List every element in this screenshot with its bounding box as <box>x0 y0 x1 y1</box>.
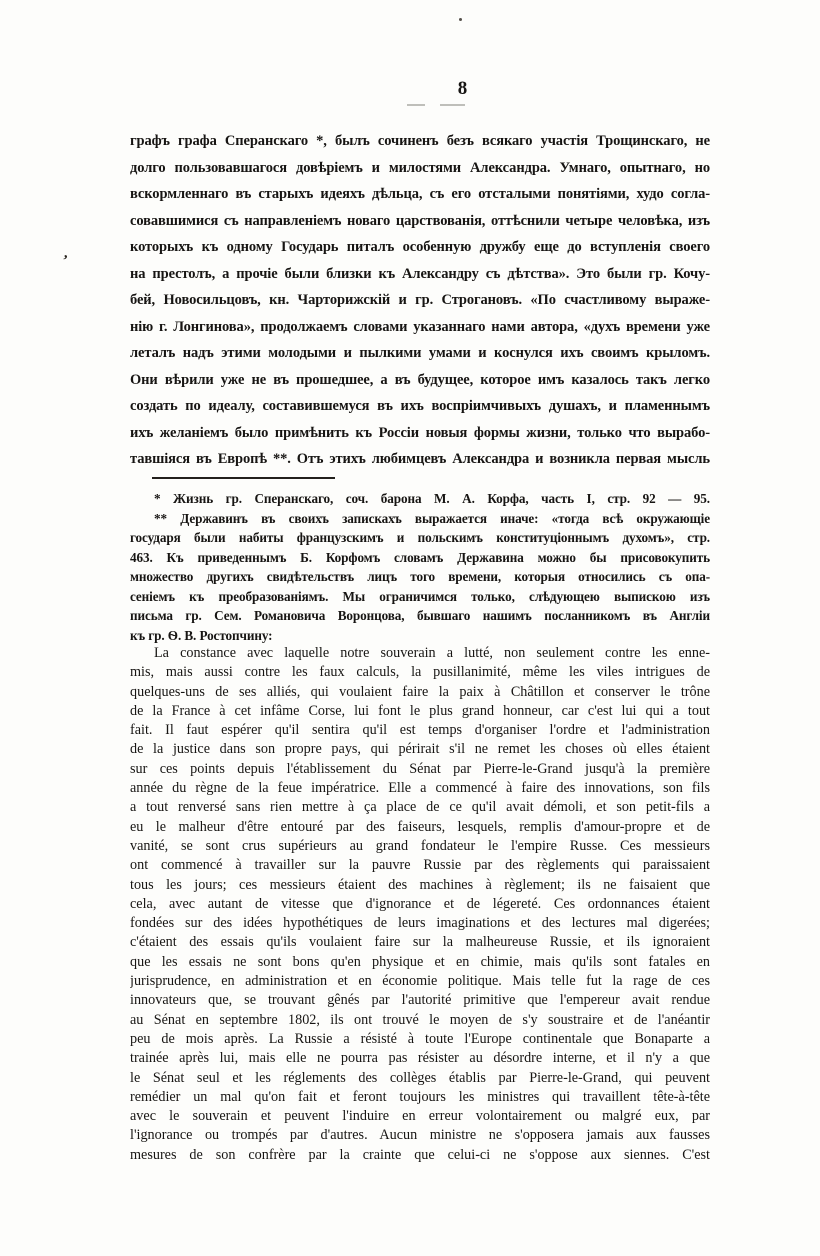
french-quote-line: cela, avec autant de vitesse que d'ignor… <box>130 895 710 914</box>
french-quote-line: La constance avec laquelle notre souvera… <box>130 644 710 663</box>
footnote-line: къ гр. Ѳ. В. Ростопчину: <box>130 626 710 646</box>
main-text-line: нію г. Лонгинова», продолжаемъ словами у… <box>130 314 710 341</box>
french-quote-line: remédier un mal qu'on fait et feront tou… <box>130 1088 710 1107</box>
main-text-line: бей, Новосильцовъ, кн. Чарторижскій и гр… <box>130 287 710 314</box>
french-quote-line: de la justice dans son propre pays, qui … <box>130 740 710 759</box>
footnotes-section: * Жизнь гр. Сперанскаго, соч. барона М. … <box>130 489 710 645</box>
french-quote-line: fondées sur des idées hypothétiques de l… <box>130 914 710 933</box>
footnote-line: сеніемъ къ преобразованіямъ. Мы ограничи… <box>130 587 710 607</box>
french-quote-line: peu de mois après. La Russie a résisté à… <box>130 1030 710 1049</box>
french-quote-line: que les essais ne sont bons qu'en physiq… <box>130 953 710 972</box>
french-quote-line: jurisprudence, en administration et en é… <box>130 972 710 991</box>
french-quote-line: l'ignorance ou trompés par d'autres. Auc… <box>130 1126 710 1145</box>
french-quote-line: fait. Il faut espérer qu'il sentira qu'i… <box>130 721 710 740</box>
main-text-line: совавшимися съ направленіемъ новаго царс… <box>130 208 710 235</box>
main-text-line: долго пользовавшагося довѣріемъ и милост… <box>130 155 710 182</box>
french-quote-line: mesures de son confrère par la crainte q… <box>130 1146 710 1165</box>
footnote-separator <box>152 477 335 479</box>
french-quote-line: trainée après lui, mais elle ne pourra p… <box>130 1049 710 1068</box>
main-text-line: создать по идеалу, составившемуся въ ихъ… <box>130 393 710 420</box>
scan-artifact-margin-mark: ’ <box>60 253 68 271</box>
french-quote-line: eu le malheur d'être entouré par des fai… <box>130 818 710 837</box>
french-quote-line: ont commencé à travailler sur la pauvre … <box>130 856 710 875</box>
french-quote-line: au Sénat en septembre 1802, ils ont trou… <box>130 1011 710 1030</box>
main-text-line: ихъ желаніемъ было примѣнить къ Россіи н… <box>130 420 710 447</box>
book-page-scan: 8 ’ графъ графа Сперанскаго *, былъ сочи… <box>0 0 820 1256</box>
french-quote-line: quelques-uns de ses alliés, qui voulaien… <box>130 683 710 702</box>
scan-artifact-dot <box>459 18 462 21</box>
main-paragraph: графъ графа Сперанскаго *, былъ сочиненъ… <box>130 128 710 473</box>
french-quote-line: tous les jours; ces messieurs étaient de… <box>130 876 710 895</box>
french-quote-line: le Sénat seul et les réglements des coll… <box>130 1069 710 1088</box>
footnote-line: множество другихъ свидѣтельствъ лицъ тог… <box>130 567 710 587</box>
french-quote-line: mis, mais aussi contre les faux calculs,… <box>130 663 710 682</box>
main-text-line: тавшіяся въ Европѣ **. Отъ этихъ любимце… <box>130 446 710 473</box>
french-quote-line: de la France à cet infâme Corse, lui fon… <box>130 702 710 721</box>
main-text-line: леталъ надъ этими молодыми и пылкими ума… <box>130 340 710 367</box>
french-quote-line: année du règne de la feue impératrice. E… <box>130 779 710 798</box>
scan-artifact-dash <box>440 104 465 106</box>
main-text-line: вскормленнаго въ старыхъ идеяхъ дѣльца, … <box>130 181 710 208</box>
footnote-line: * Жизнь гр. Сперанскаго, соч. барона М. … <box>130 489 710 509</box>
french-quote-line: avec le souverain et peuvent l'induire e… <box>130 1107 710 1126</box>
french-quote-line: sur ces points depuis l'établissement du… <box>130 760 710 779</box>
french-quote-section: La constance avec laquelle notre souvera… <box>130 644 710 1165</box>
footnote-line: ** Державинъ въ своихъ запискахъ выражае… <box>130 509 710 529</box>
french-quote-line: c'étaient des essais qu'ils voulaient fa… <box>130 933 710 952</box>
main-text-line: графъ графа Сперанскаго *, былъ сочиненъ… <box>130 128 710 155</box>
main-text-line: которыхъ къ одному Государь питалъ особе… <box>130 234 710 261</box>
french-quote-line: vanité, se sont crus supérieurs au grand… <box>130 837 710 856</box>
page-number: 8 <box>443 78 483 100</box>
main-text-line: на престолъ, а прочіе были близки къ Але… <box>130 261 710 288</box>
french-quote-line: innovateurs que, se trouvant gênés par l… <box>130 991 710 1010</box>
footnote-line: государя были набиты французскимъ и поль… <box>130 528 710 548</box>
french-quote-line: a tout renversé sans rien mettre à ça pl… <box>130 798 710 817</box>
footnote-line: письма гр. Сем. Романовича Воронцова, бы… <box>130 606 710 626</box>
footnote-line: 463. Къ приведеннымъ Б. Корфомъ словамъ … <box>130 548 710 568</box>
main-text-line: Они вѣрили уже не въ прошедшее, а въ буд… <box>130 367 710 394</box>
scan-artifact-dash <box>407 104 425 106</box>
